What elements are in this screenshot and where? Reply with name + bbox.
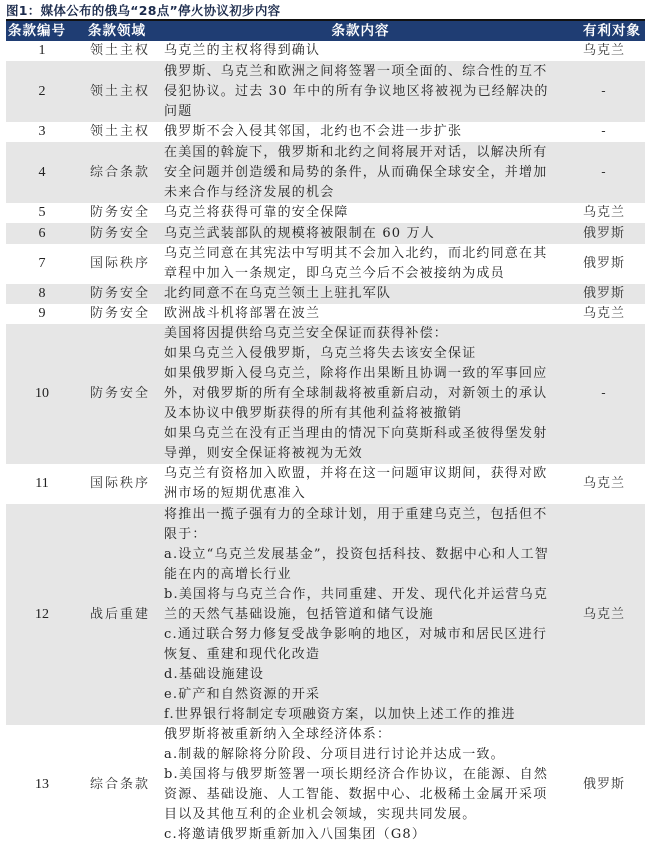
- clause-beneficiary: 乌克兰: [563, 464, 645, 504]
- clause-content-line: c.通过联合努力修复受战争影响的地区，对城市和居民区进行: [164, 625, 559, 645]
- clause-content-line: 能在内的高增长行业: [164, 565, 559, 585]
- clause-number: 13: [6, 725, 78, 843]
- clause-content-line: 在美国的斡旋下，俄罗斯和北约之间将展开对话，以解决所有: [164, 143, 559, 163]
- clause-content-line: 导弹，则安全保证将被视为无效: [164, 444, 559, 464]
- clause-content-line: 乌克兰同意在其宪法中写明其不会加入北约，而北约同意在其: [164, 244, 559, 264]
- table-row: 13 综合条款 俄罗斯将被重新纳入全球经济体系：a.制裁的解除将分阶段、分项目进…: [6, 725, 645, 843]
- clause-content-line: 俄罗斯不会入侵其邻国，北约也不会进一步扩张: [164, 122, 559, 142]
- header-beneficiary: 有利对象: [563, 21, 645, 41]
- clause-content-line: a.制裁的解除将分阶段、分项目进行讨论并达成一致。: [164, 745, 559, 765]
- table-header-row: 条款编号 条款领域 条款内容 有利对象: [6, 21, 645, 41]
- clause-number: 9: [6, 304, 78, 324]
- clause-domain: 领土主权: [78, 61, 158, 122]
- table-row: 4 综合条款 在美国的斡旋下，俄罗斯和北约之间将展开对话，以解决所有安全问题并创…: [6, 142, 645, 203]
- clause-content-line: 洲市场的短期优惠准入: [164, 484, 559, 504]
- clause-beneficiary: 俄罗斯: [563, 284, 645, 304]
- clause-content: 乌克兰同意在其宪法中写明其不会加入北约，而北约同意在其章程中加入一条规定，即乌克…: [158, 244, 563, 284]
- table-row: 10 防务安全 美国将因提供给乌克兰安全保证而获得补偿：如果乌克兰入侵俄罗斯，乌…: [6, 324, 645, 464]
- clause-content-line: 及本协议中俄罗斯获得的所有其他利益将被撤销: [164, 404, 559, 424]
- clause-content-line: 俄罗斯将被重新纳入全球经济体系：: [164, 725, 559, 745]
- clause-content-line: b.美国将与乌克兰合作，共同重建、开发、现代化并运营乌克: [164, 585, 559, 605]
- clause-content-line: e.矿产和自然资源的开采: [164, 685, 559, 705]
- clause-content: 将推出一揽子强有力的全球计划，用于重建乌克兰，包括但不限于：a.设立“乌克兰发展…: [158, 504, 563, 725]
- clause-content-line: 美国将因提供给乌克兰安全保证而获得补偿：: [164, 324, 559, 344]
- clause-beneficiary: -: [563, 122, 645, 142]
- clause-content-line: 侵犯协议。过去 30 年中的所有争议地区将被视为已经解决的: [164, 82, 559, 102]
- clause-content: 乌克兰有资格加入欧盟，并将在这一问题审议期间，获得对欧洲市场的短期优惠准入: [158, 464, 563, 504]
- clause-content: 俄罗斯不会入侵其邻国，北约也不会进一步扩张: [158, 122, 563, 142]
- table-row: 1 领土主权 乌克兰的主权将得到确认 乌克兰: [6, 41, 645, 61]
- clause-beneficiary: -: [563, 142, 645, 203]
- clause-number: 4: [6, 142, 78, 203]
- clause-content-line: f.世界银行将制定专项融资方案，以加快上述工作的推进: [164, 705, 559, 725]
- clause-content-line: 乌克兰有资格加入欧盟，并将在这一问题审议期间，获得对欧: [164, 464, 559, 484]
- clause-content-line: 如果俄罗斯入侵乌克兰，除将作出果断且协调一致的军事回应: [164, 364, 559, 384]
- clause-content-line: 将推出一揽子强有力的全球计划，用于重建乌克兰，包括但不: [164, 505, 559, 525]
- table-row: 3 领土主权 俄罗斯不会入侵其邻国，北约也不会进一步扩张 -: [6, 122, 645, 142]
- clause-domain: 防务安全: [78, 324, 158, 464]
- clause-number: 7: [6, 244, 78, 284]
- clause-content-line: 安全问题并创造缓和局势的条件，从而确保全球安全，并增加: [164, 163, 559, 183]
- clause-content: 乌克兰将获得可靠的安全保障: [158, 203, 563, 223]
- header-clause-content: 条款内容: [158, 21, 563, 41]
- clause-beneficiary: 乌克兰: [563, 304, 645, 324]
- clause-beneficiary: 乌克兰: [563, 41, 645, 61]
- clause-number: 1: [6, 41, 78, 61]
- table-body: 1 领土主权 乌克兰的主权将得到确认 乌克兰 2 领土主权 俄罗斯、乌克兰和欧洲…: [6, 41, 645, 843]
- clause-domain: 防务安全: [78, 304, 158, 324]
- clause-content: 乌克兰武装部队的规模将被限制在 60 万人: [158, 223, 563, 244]
- clause-content-line: 章程中加入一条规定，即乌克兰今后不会被接纳为成员: [164, 264, 559, 284]
- clause-domain: 领土主权: [78, 41, 158, 61]
- clause-number: 5: [6, 203, 78, 223]
- clause-content: 北约同意不在乌克兰领土上驻扎军队: [158, 284, 563, 304]
- clause-content: 美国将因提供给乌克兰安全保证而获得补偿：如果乌克兰入侵俄罗斯，乌克兰将失去该安全…: [158, 324, 563, 464]
- clause-content-line: 问题: [164, 102, 559, 122]
- clause-content-line: 目以及其他互利的企业机会领域，实现共同发展。: [164, 805, 559, 825]
- clause-domain: 防务安全: [78, 284, 158, 304]
- clause-content-line: a.设立“乌克兰发展基金”，投资包括科技、数据中心和人工智: [164, 545, 559, 565]
- clause-content-line: d.基础设施建设: [164, 665, 559, 685]
- clause-domain: 领土主权: [78, 122, 158, 142]
- clause-content-line: 北约同意不在乌克兰领土上驻扎军队: [164, 284, 559, 304]
- clause-number: 2: [6, 61, 78, 122]
- clause-content-line: 乌克兰将获得可靠的安全保障: [164, 203, 559, 223]
- table-row: 5 防务安全 乌克兰将获得可靠的安全保障 乌克兰: [6, 203, 645, 223]
- clause-beneficiary: 俄罗斯: [563, 244, 645, 284]
- clause-beneficiary: 乌克兰: [563, 203, 645, 223]
- clause-content-line: 如果乌克兰在没有正当理由的情况下向莫斯科或圣彼得堡发射: [164, 424, 559, 444]
- clause-beneficiary: -: [563, 324, 645, 464]
- clause-content: 俄罗斯、乌克兰和欧洲之间将签署一项全面的、综合性的互不侵犯协议。过去 30 年中…: [158, 61, 563, 122]
- clause-content-line: 欧洲战斗机将部署在波兰: [164, 304, 559, 324]
- clause-content-line: 外，对俄罗斯的所有全球制裁将被重新启动，对新领土的承认: [164, 384, 559, 404]
- clause-content-line: c.将邀请俄罗斯重新加入八国集团（G8）: [164, 825, 559, 843]
- clause-content-line: b.美国将与俄罗斯签署一项长期经济合作协议，在能源、自然: [164, 765, 559, 785]
- clause-number: 10: [6, 324, 78, 464]
- clause-domain: 防务安全: [78, 223, 158, 244]
- clause-content-line: 恢复、重建和现代化改造: [164, 645, 559, 665]
- table-row: 7 国际秩序 乌克兰同意在其宪法中写明其不会加入北约，而北约同意在其章程中加入一…: [6, 244, 645, 284]
- table-row: 11 国际秩序 乌克兰有资格加入欧盟，并将在这一问题审议期间，获得对欧洲市场的短…: [6, 464, 645, 504]
- clause-domain: 防务安全: [78, 203, 158, 223]
- clause-content-line: 乌克兰的主权将得到确认: [164, 41, 559, 61]
- table-row: 9 防务安全 欧洲战斗机将部署在波兰 乌克兰: [6, 304, 645, 324]
- clause-domain: 综合条款: [78, 142, 158, 203]
- table-row: 12 战后重建 将推出一揽子强有力的全球计划，用于重建乌克兰，包括但不限于：a.…: [6, 504, 645, 725]
- clause-number: 8: [6, 284, 78, 304]
- clause-domain: 国际秩序: [78, 244, 158, 284]
- table-row: 6 防务安全 乌克兰武装部队的规模将被限制在 60 万人 俄罗斯: [6, 223, 645, 244]
- clause-content: 欧洲战斗机将部署在波兰: [158, 304, 563, 324]
- clause-content-line: 兰的天然气基础设施，包括管道和储气设施: [164, 605, 559, 625]
- clause-content: 在美国的斡旋下，俄罗斯和北约之间将展开对话，以解决所有安全问题并创造缓和局势的条…: [158, 142, 563, 203]
- figure-title: 图1：媒体公布的俄乌“28点”停火协议初步内容: [6, 1, 280, 17]
- table-row: 2 领土主权 俄罗斯、乌克兰和欧洲之间将签署一项全面的、综合性的互不侵犯协议。过…: [6, 61, 645, 122]
- clause-content-line: 未来合作与经济发展的机会: [164, 183, 559, 203]
- clause-content-line: 限于：: [164, 525, 559, 545]
- header-clause-number: 条款编号: [6, 21, 78, 41]
- clause-number: 12: [6, 504, 78, 725]
- clause-number: 11: [6, 464, 78, 504]
- clause-content: 俄罗斯将被重新纳入全球经济体系：a.制裁的解除将分阶段、分项目进行讨论并达成一致…: [158, 725, 563, 843]
- clause-domain: 国际秩序: [78, 464, 158, 504]
- clause-number: 3: [6, 122, 78, 142]
- clause-beneficiary: 俄罗斯: [563, 223, 645, 244]
- clause-beneficiary: -: [563, 61, 645, 122]
- ceasefire-clauses-table: 条款编号 条款领域 条款内容 有利对象 1 领土主权 乌克兰的主权将得到确认 乌…: [6, 21, 645, 843]
- table-row: 8 防务安全 北约同意不在乌克兰领土上驻扎军队 俄罗斯: [6, 284, 645, 304]
- clause-beneficiary: 俄罗斯: [563, 725, 645, 843]
- clause-beneficiary: 乌克兰: [563, 504, 645, 725]
- clause-content-line: 俄罗斯、乌克兰和欧洲之间将签署一项全面的、综合性的互不: [164, 62, 559, 82]
- clause-content-line: 乌克兰武装部队的规模将被限制在 60 万人: [164, 224, 559, 244]
- clause-domain: 综合条款: [78, 725, 158, 843]
- clause-domain: 战后重建: [78, 504, 158, 725]
- clause-number: 6: [6, 223, 78, 244]
- clause-content-line: 如果乌克兰入侵俄罗斯，乌克兰将失去该安全保证: [164, 344, 559, 364]
- clause-content: 乌克兰的主权将得到确认: [158, 41, 563, 61]
- header-clause-domain: 条款领域: [78, 21, 158, 41]
- clause-content-line: 资源、基础设施、人工智能、数据中心、北极稀土金属开采项: [164, 785, 559, 805]
